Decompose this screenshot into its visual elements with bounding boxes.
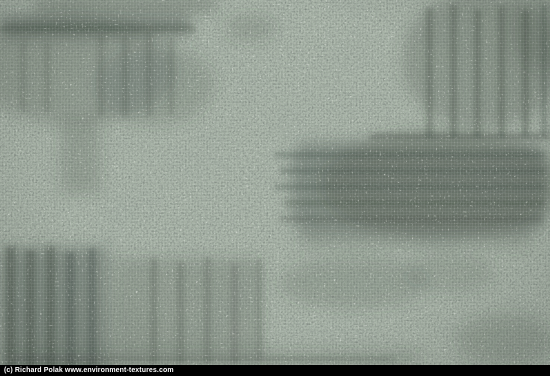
light-grain-layer: [0, 0, 550, 376]
carpet-texture-photo: (c) Richard Polak www.environment-textur…: [0, 0, 550, 376]
texture-render: [0, 0, 550, 376]
caption-text: (c) Richard Polak www.environment-textur…: [0, 365, 174, 376]
caption-bar: (c) Richard Polak www.environment-textur…: [0, 365, 550, 376]
